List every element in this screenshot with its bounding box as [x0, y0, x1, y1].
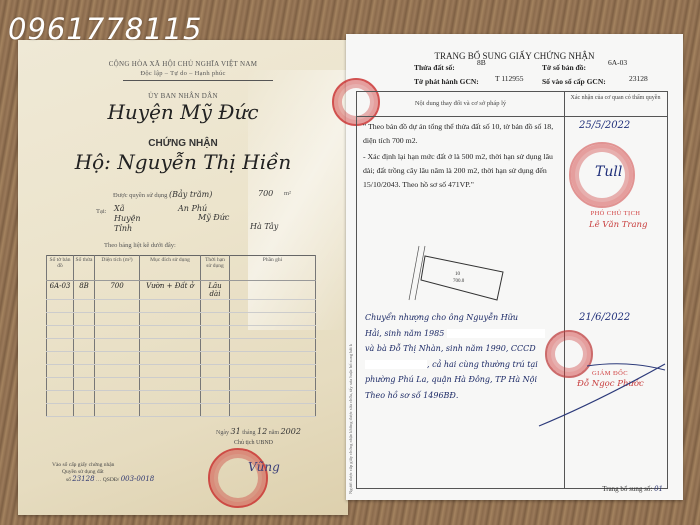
col-header: Diện tích (m²) — [95, 256, 140, 281]
changes-column-header: Nội dung thay đổi và cơ sở pháp lý — [357, 100, 564, 107]
old-land-certificate: CỘNG HÒA XÃ HỘI CHỦ NGHĨA VIỆT NAM Độc l… — [18, 40, 348, 515]
supplementary-certificate-page: TRANG BỔ SUNG GIẤY CHỨNG NHẬN Thửa đất s… — [346, 34, 683, 500]
national-header: CỘNG HÒA XÃ HỘI CHỦ NGHĨA VIỆT NAM — [18, 60, 348, 68]
col-header: Số tờ bản đồ — [47, 256, 74, 281]
svg-text:700.0: 700.0 — [453, 279, 465, 284]
issue-sheet-label: Tờ phát hành GCN: — [414, 77, 479, 86]
cell: 700 — [95, 281, 140, 300]
parcel-value: 8B — [477, 58, 486, 67]
parcel-table: Số tờ bản đồ Số thửa Diện tích (m²) Mục … — [46, 255, 316, 417]
district-label: Huyện — [114, 214, 141, 223]
cert-title: CHỨNG NHẬN — [18, 138, 348, 149]
issue-date: Ngày 31 tháng 12 năm 2002 — [216, 427, 301, 436]
commune-label: Xã — [114, 204, 124, 213]
cell: Vườn + Đất ở — [140, 281, 201, 300]
approval-column-header: Xác nhận của cơ quan có thẩm quyền — [564, 94, 667, 102]
usage-words: (Bảy trăm) — [169, 190, 212, 199]
entry2-date: 21/6/2022 — [579, 312, 630, 323]
cell: 6A-03 — [47, 281, 74, 300]
province-label: Tỉnh — [114, 224, 132, 233]
map-sheet-label: Tờ số bản đồ: — [542, 63, 586, 72]
red-seal-stamp — [208, 448, 268, 508]
redaction-bar — [447, 329, 545, 338]
col-header: Mục đích sử dụng — [140, 256, 201, 281]
col-header: Thời hạn sử dụng — [201, 256, 230, 281]
page-title: TRANG BỔ SUNG GIẤY CHỨNG NHẬN — [346, 51, 683, 61]
location-label: Tại: — [96, 208, 106, 215]
district-value: Mỹ Đức — [198, 213, 229, 222]
entry1-text-a: " Theo bản đồ dự án tổng thể thửa đất số… — [363, 120, 561, 148]
plot-sketch: 10 700.0 — [407, 242, 517, 304]
commune-value: An Phú — [178, 204, 207, 213]
registry-info: Vào sổ cấp giấy chứng nhận Quyền sử dụng… — [52, 462, 154, 484]
committee-label: ỦY BAN NHÂN DÂN — [18, 92, 348, 100]
usage-area: 700 — [258, 189, 273, 198]
changes-table: Nội dung thay đổi và cơ sở pháp lý Xác n… — [356, 91, 668, 489]
entry1-date: 25/5/2022 — [579, 120, 630, 131]
holder-name: Hộ: Nguyễn Thị Hiền — [18, 150, 348, 174]
usage-label: Được quyền sử dụng — [113, 192, 167, 199]
register-label: Số vào sổ cấp GCN: — [542, 77, 606, 86]
parcel-label: Thửa đất số: — [414, 63, 455, 72]
redaction-bar — [365, 360, 427, 369]
phone-watermark: 0961778115 — [8, 12, 203, 46]
svg-text:10: 10 — [455, 272, 461, 277]
map-sheet-value: 6A-03 — [608, 58, 627, 67]
entry1-signature: Tull — [595, 164, 622, 180]
issue-sheet-value: T 112955 — [495, 74, 524, 83]
register-value: 23128 — [629, 74, 648, 83]
table-intro: Theo bảng liệt kê dưới đây: — [104, 242, 176, 249]
col-header: Phần ghi — [230, 256, 316, 281]
side-note: Người được cấp giấy chứng nhận không đượ… — [348, 344, 356, 494]
usage-row: Được quyền sử dụng (Bảy trăm) — [113, 190, 212, 199]
district-name: Huyện Mỹ Đức — [18, 100, 348, 124]
entry1-text-b: - Xác định lại hạn mức đất ở là 500 m2, … — [363, 150, 561, 192]
entry1-signer-name: Lê Văn Trang — [589, 220, 647, 230]
cell — [230, 281, 316, 300]
col-header: Số thửa — [74, 256, 95, 281]
entry1-signer-role: PHÓ CHỦ TỊCH — [564, 210, 667, 217]
page-footer: Trang bổ sung số: 01 — [602, 485, 663, 493]
signature: Vũng — [248, 460, 280, 474]
cell: Lâu dài — [201, 281, 230, 300]
province-value: Hà Tây — [250, 222, 278, 231]
signer-title: Chủ tịch UBND — [234, 440, 273, 446]
table-row: 6A-03 8B 700 Vườn + Đất ở Lâu dài — [47, 281, 316, 300]
header-divider — [357, 116, 667, 117]
header-divider — [123, 80, 273, 81]
usage-unit: m² — [284, 190, 291, 197]
motto: Độc lập – Tự do – Hạnh phúc — [18, 70, 348, 77]
signature-stroke — [517, 362, 667, 432]
cell: 8B — [74, 281, 95, 300]
